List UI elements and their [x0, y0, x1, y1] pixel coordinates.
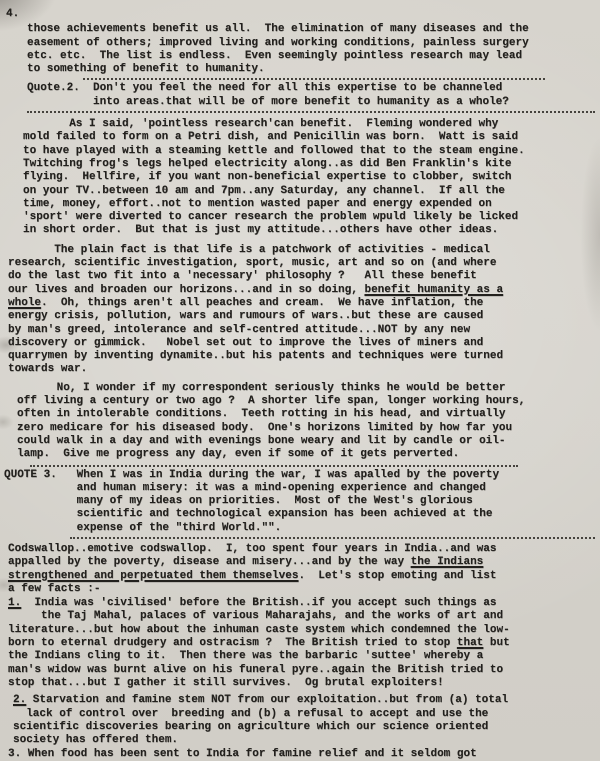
text-line: easement of others; improved living and …	[27, 37, 600, 50]
fact-3: 3. When food has been sent to India for …	[8, 748, 600, 761]
dotted-rule	[70, 537, 595, 539]
text-line: etc. etc. The list is endless. Even seem…	[27, 50, 600, 63]
text-line: those achievements benefit us all. The e…	[27, 23, 600, 36]
text-line: to have played with a steaming kettle an…	[23, 145, 600, 158]
text-line: often in intolerable conditions. Teeth r…	[17, 408, 600, 421]
dotted-rule	[83, 78, 545, 80]
text-segment: appalled by the poverty, disease and mis…	[8, 556, 411, 568]
paragraph-codswallop: Codswallop..emotive codswallop. I, too s…	[8, 543, 600, 596]
text-line: As I said, 'pointless research'can benef…	[23, 118, 600, 131]
text-line: in short order. But that is just my atti…	[23, 224, 600, 237]
text-line: mold failed to form on a Petri dish, and…	[23, 131, 600, 144]
text-line: the Taj Mahal, palaces of various Mahara…	[8, 610, 600, 623]
text-segment: . Oh, things aren't all peaches and crea…	[41, 297, 483, 309]
text-segment: Starvation and famine stem NOT from our …	[26, 694, 508, 706]
text-segment: Codswallop..emotive codswallop. I, too s…	[8, 543, 496, 555]
text-segment: No, I wonder if my correspondent serious…	[17, 382, 505, 394]
text-segment: quarrymen by inventing dynamite..but his…	[8, 350, 503, 362]
text-line: scientific discoveries bearing on agricu…	[13, 721, 600, 734]
text-segment: often in intolerable conditions. Teeth r…	[17, 408, 505, 420]
text-segment: research, scientific investigation, spor…	[8, 257, 496, 269]
text-line: 1. India was 'civilised' before the Brit…	[8, 597, 600, 610]
text-segment: do the last two fit into a 'necessary' p…	[8, 270, 477, 282]
paragraph-pointless-research: As I said, 'pointless research'can benef…	[23, 118, 600, 238]
text-line: by man's greed, intolerance and self-cen…	[8, 324, 600, 337]
text-line: to something of benefit to humanity.	[27, 63, 600, 76]
text-segment: towards war.	[8, 363, 87, 375]
text-segment: those achievements benefit us all. The e…	[27, 23, 529, 35]
text-line: towards war.	[8, 363, 600, 376]
text-segment: off living a century or two ago ? A shor…	[17, 395, 525, 407]
underlined-segment: benefit humanity as a	[364, 284, 503, 296]
underlined-segment: whole	[8, 297, 41, 309]
text-segment: the Indians cling to it. Then there was …	[8, 650, 483, 662]
text-segment: As I said, 'pointless research'can benef…	[23, 118, 498, 130]
text-segment: . Let's stop emoting and list	[298, 570, 496, 582]
text-line: could walk in a day and with evenings bo…	[17, 435, 600, 448]
text-line: Quote.2. Don't you feel the need for all…	[27, 82, 600, 95]
text-line: lamp. Give me progress any day, even if …	[17, 448, 600, 461]
quote-2: Quote.2. Don't you feel the need for all…	[27, 78, 600, 113]
text-segment: to have played with a steaming kettle an…	[23, 145, 525, 157]
text-line: and human misery: it was a mind-opening …	[4, 482, 600, 495]
text-segment: man's widow was burnt alive on his funer…	[8, 664, 503, 676]
paragraph-correspondent: No, I wonder if my correspondent serious…	[17, 382, 600, 462]
text-segment: many of my ideas on priorities. Most of …	[4, 495, 473, 507]
text-segment: The plain fact is that life is a patchwo…	[8, 244, 490, 256]
paragraph-patchwork: The plain fact is that life is a patchwo…	[8, 244, 600, 377]
dotted-rule	[27, 111, 595, 113]
fact-1: 1. India was 'civilised' before the Brit…	[8, 597, 600, 690]
text-segment: scientific discoveries bearing on agricu…	[13, 721, 488, 733]
text-segment: time, money, effort..not to mention wast…	[23, 198, 492, 210]
document-body: those achievements benefit us all. The e…	[0, 23, 600, 761]
text-line: quarrymen by inventing dynamite..but his…	[8, 350, 600, 363]
text-segment: 3. When food has been sent to India for …	[8, 748, 477, 760]
text-segment: flying. Hellfire, if you want non-benefi…	[23, 171, 511, 183]
text-line: time, money, effort..not to mention wast…	[23, 198, 600, 211]
text-segment: QUOTE 3. When I was in India during the …	[4, 469, 499, 481]
text-line: lack of control over breeding and (b) a …	[13, 708, 600, 721]
text-segment: by man's greed, intolerance and self-cen…	[8, 324, 470, 336]
text-segment: but	[483, 637, 509, 649]
text-line: energy crisis, pollution, wars and rumou…	[8, 310, 600, 323]
text-line: Codswallop..emotive codswallop. I, too s…	[8, 543, 600, 556]
text-line: stop that...but I gather it still surviv…	[8, 677, 600, 690]
dotted-rule	[30, 465, 518, 467]
text-line: expense of the "third World."".	[4, 522, 600, 535]
text-segment: stop that...but I gather it still surviv…	[8, 677, 444, 689]
text-segment: literature...but how about the inhuman c…	[8, 624, 510, 636]
text-line: 'sport' were diverted to cancer research…	[23, 211, 600, 224]
text-segment: scientific and technological expansion h…	[4, 508, 492, 520]
text-segment: zero medicare for his diseased body. One…	[17, 422, 512, 434]
underlined-segment: that	[457, 637, 483, 649]
intro-paragraph: those achievements benefit us all. The e…	[27, 23, 600, 76]
text-segment: could walk in a day and with evenings bo…	[17, 435, 505, 447]
text-line: a few facts :-	[8, 583, 600, 596]
text-segment: mold failed to form on a Petri dish, and…	[23, 131, 518, 143]
text-line: on your TV..between 10 am and 7pm..any S…	[23, 185, 600, 198]
text-segment: etc. etc. The list is endless. Even seem…	[27, 50, 522, 62]
text-segment: a few facts :-	[8, 583, 100, 595]
text-segment: lamp. Give me progress any day, even if …	[17, 448, 459, 460]
text-line: zero medicare for his diseased body. One…	[17, 422, 600, 435]
text-line: flying. Hellfire, if you want non-benefi…	[23, 171, 600, 184]
text-segment: lack of control over breeding and (b) a …	[13, 708, 488, 720]
text-line: off living a century or two ago ? A shor…	[17, 395, 600, 408]
text-segment: society has offered them.	[13, 734, 178, 746]
text-segment: born to eternal drudgery and ostracism ?…	[8, 637, 457, 649]
underlined-segment: 1.	[8, 597, 21, 609]
quote-3: QUOTE 3. When I was in India during the …	[4, 465, 600, 539]
text-segment: in short order. But that is just my atti…	[23, 224, 498, 236]
text-segment: our lives and broaden our horizons...and…	[8, 284, 364, 296]
text-line: 2. Starvation and famine stem NOT from o…	[13, 694, 600, 707]
text-segment: Twitching frog's legs helped electricity…	[23, 158, 511, 170]
text-line: No, I wonder if my correspondent serious…	[17, 382, 600, 395]
text-line: strengthened and perpetuated them themse…	[8, 570, 600, 583]
text-line: man's widow was burnt alive on his funer…	[8, 664, 600, 677]
text-line: the Indians cling to it. Then there was …	[8, 650, 600, 663]
underlined-segment: 2.	[13, 694, 26, 706]
typewritten-page: 4. those achievements benefit us all. Th…	[0, 0, 600, 761]
text-segment: easement of others; improved living and …	[27, 37, 529, 49]
text-line: appalled by the poverty, disease and mis…	[8, 556, 600, 569]
text-segment: energy crisis, pollution, wars and rumou…	[8, 310, 483, 322]
text-segment: the Taj Mahal, palaces of various Mahara…	[8, 610, 503, 622]
text-line: discovery or gimmick. Nobel set out to i…	[8, 337, 600, 350]
page-number: 4.	[6, 8, 600, 21]
underlined-segment: the Indians	[411, 556, 484, 568]
text-line: many of my ideas on priorities. Most of …	[4, 495, 600, 508]
text-line: do the last two fit into a 'necessary' p…	[8, 270, 600, 283]
text-line: whole. Oh, things aren't all peaches and…	[8, 297, 600, 310]
underlined-segment: strengthened and perpetuated them themse…	[8, 570, 298, 582]
text-line: 3. When food has been sent to India for …	[8, 748, 600, 761]
text-segment: to something of benefit to humanity.	[27, 63, 265, 75]
text-segment: 'sport' were diverted to cancer research…	[23, 211, 518, 223]
text-line: society has offered them.	[13, 734, 600, 747]
text-line: Twitching frog's legs helped electricity…	[23, 158, 600, 171]
text-line: The plain fact is that life is a patchwo…	[8, 244, 600, 257]
text-line: QUOTE 3. When I was in India during the …	[4, 469, 600, 482]
fact-2: 2. Starvation and famine stem NOT from o…	[13, 694, 600, 747]
text-line: born to eternal drudgery and ostracism ?…	[8, 637, 600, 650]
text-segment: Quote.2. Don't you feel the need for all…	[27, 82, 502, 94]
text-segment: into areas.that will be of more benefit …	[27, 96, 509, 108]
text-line: our lives and broaden our horizons...and…	[8, 284, 600, 297]
text-line: scientific and technological expansion h…	[4, 508, 600, 521]
text-segment: India was 'civilised' before the British…	[21, 597, 496, 609]
text-segment: discovery or gimmick. Nobel set out to i…	[8, 337, 483, 349]
text-line: research, scientific investigation, spor…	[8, 257, 600, 270]
text-segment: expense of the "third World."".	[4, 522, 281, 534]
text-segment: on your TV..between 10 am and 7pm..any S…	[23, 185, 505, 197]
text-line: into areas.that will be of more benefit …	[27, 96, 600, 109]
text-segment: and human misery: it was a mind-opening …	[4, 482, 486, 494]
text-line: literature...but how about the inhuman c…	[8, 624, 600, 637]
